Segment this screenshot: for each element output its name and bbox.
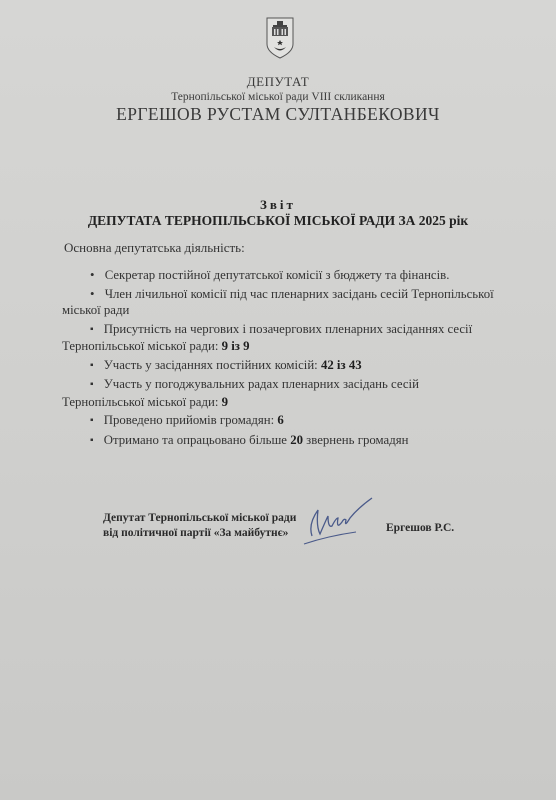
signature-line-2: від політичної партії «За майбутнє» xyxy=(103,526,296,541)
signatory-name: Ергешов Р.С. xyxy=(386,522,454,534)
commission-attendance-value: 42 із 43 xyxy=(321,358,362,372)
signature-block: Депутат Тернопільської міської ради від … xyxy=(103,511,296,541)
activity-intro: Основна депутатська діяльність: xyxy=(64,240,245,256)
conciliation-value: 9 xyxy=(222,395,228,409)
list-item: Участь у засіданнях постійних комісій: 4… xyxy=(90,357,515,375)
deputy-name: ЕРГЕШОВ РУСТАМ СУЛТАНБЕКОВИЧ xyxy=(0,104,556,125)
coat-of-arms-icon xyxy=(265,16,295,60)
signature-line-1: Депутат Тернопільської міської ради xyxy=(103,511,296,526)
list-item: Присутність на чергових і позачергових п… xyxy=(90,321,515,355)
handwritten-signature-icon xyxy=(298,496,378,546)
header-subtitle: Тернопільської міської ради VIII скликан… xyxy=(0,91,556,103)
list-item: Отримано та опрацьовано більше 20 зверне… xyxy=(90,432,515,450)
report-title: Звіт xyxy=(0,197,556,213)
attendance-value: 9 із 9 xyxy=(222,339,250,353)
header-title: ДЕПУТАТ xyxy=(0,74,556,90)
document-page: ДЕПУТАТ Тернопільської міської ради VIII… xyxy=(0,0,556,800)
receptions-value: 6 xyxy=(277,413,283,427)
activity-list: Секретар постійної депутатської комісії … xyxy=(90,267,515,449)
appeals-value: 20 xyxy=(290,433,303,447)
report-subtitle: ДЕПУТАТА ТЕРНОПІЛЬСЬКОЇ МІСЬКОЇ РАДИ ЗА … xyxy=(0,213,556,229)
list-item: Член лічильної комісії під час пленарних… xyxy=(90,286,515,319)
list-item: Участь у погоджувальних радах пленарних … xyxy=(90,376,515,410)
list-item: Секретар постійної депутатської комісії … xyxy=(90,267,515,284)
list-item: Проведено прийомів громадян: 6 xyxy=(90,412,515,430)
